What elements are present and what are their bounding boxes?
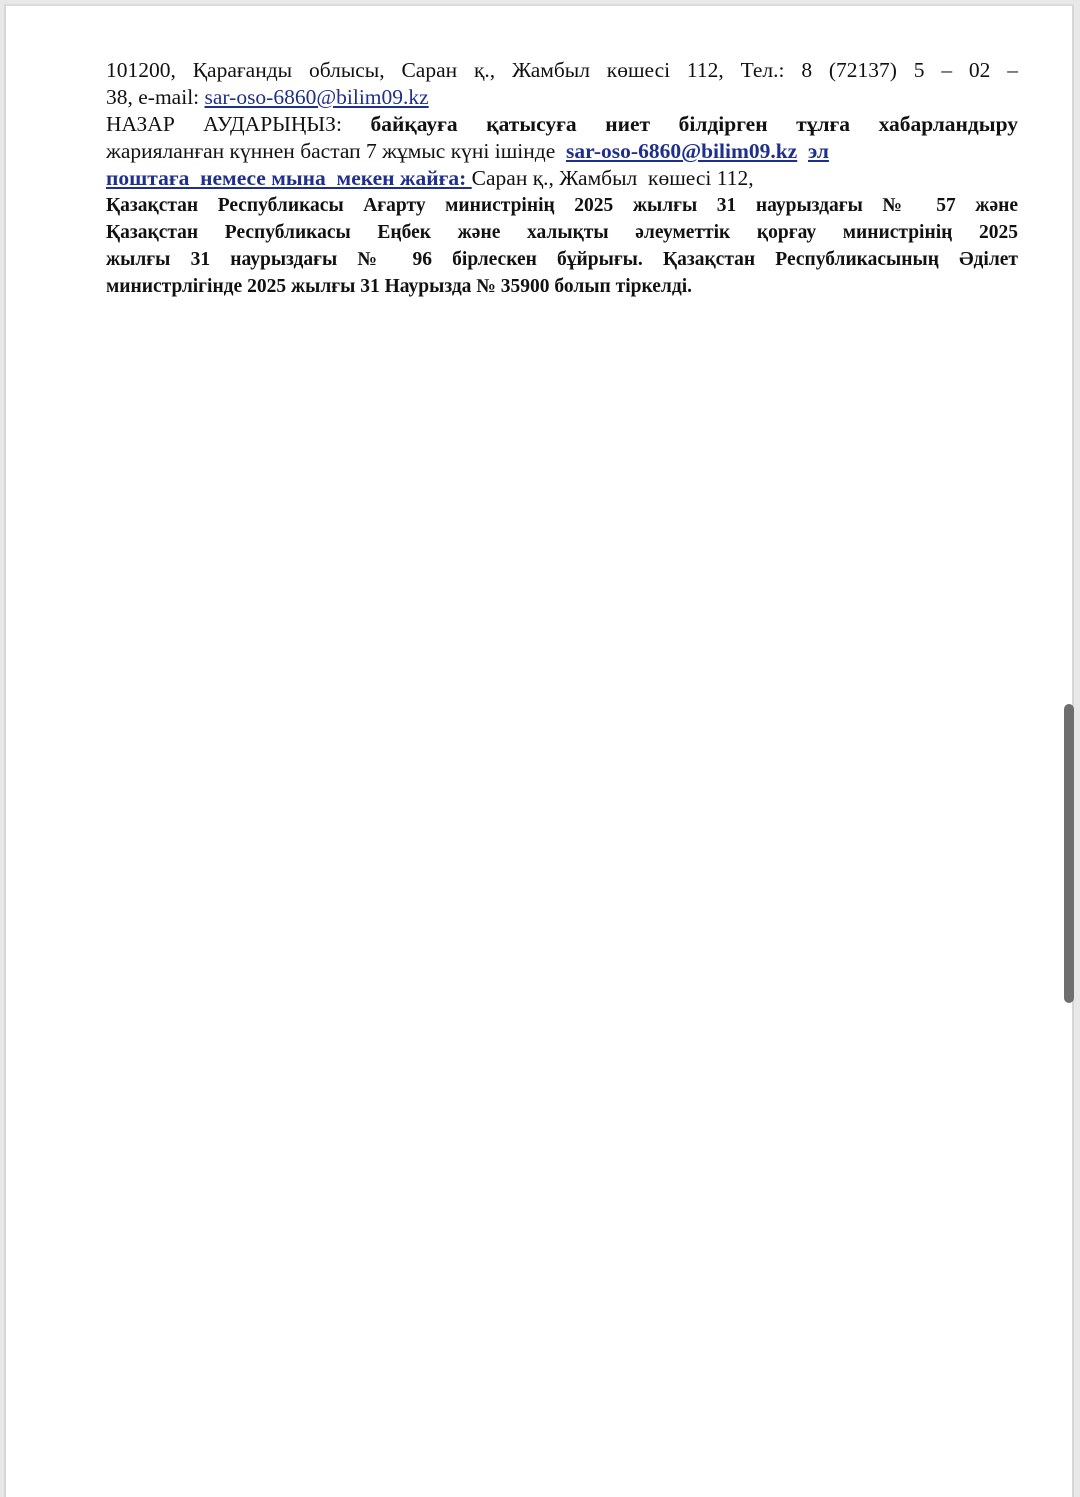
address-text: 101200, Қарағанды облысы, Саран қ., Жамб…: [106, 58, 1018, 82]
notice-link-tail-2[interactable]: поштаға немесе мына мекен жайға:: [106, 166, 472, 190]
email-prefix: 38, e-mail:: [106, 85, 205, 109]
legal-line: Қазақстан Республикасы Ағарту министріні…: [106, 192, 1018, 219]
vertical-scrollbar[interactable]: [1062, 0, 1076, 1497]
email-line: 38, e-mail: sar-oso-6860@bilim09.kz: [106, 84, 1018, 111]
legal-line: жылғы 31 наурыздағы № 96 бірлескен бұйры…: [106, 246, 1018, 273]
legal-line: Қазақстан Республикасы Еңбек және халықт…: [106, 219, 1018, 246]
notice-deadline-text: жарияланған күннен бастап 7 жұмыс күні і…: [106, 139, 566, 163]
email-link[interactable]: sar-oso-6860@bilim09.kz: [205, 85, 429, 109]
notice-line-1: НАЗАР АУДАРЫҢЫЗ: байқауға қатысуға ниет …: [106, 111, 1018, 138]
notice-label: НАЗАР АУДАРЫҢЫЗ:: [106, 112, 370, 136]
notice-address: Саран қ., Жамбыл көшесі 112,: [472, 166, 754, 190]
document-viewer: 101200, Қарағанды облысы, Саран қ., Жамб…: [0, 0, 1080, 1497]
notice-link-tail-1[interactable]: эл: [808, 139, 829, 163]
legal-reference: Қазақстан Республикасы Ағарту министріні…: [106, 192, 1018, 300]
notice-email-link[interactable]: sar-oso-6860@bilim09.kz: [566, 139, 797, 163]
notice-line-2: жарияланған күннен бастап 7 жұмыс күні і…: [106, 138, 1018, 165]
legal-line: министрлігінде 2025 жылғы 31 Наурызда № …: [106, 273, 1018, 300]
scrollbar-thumb[interactable]: [1064, 704, 1074, 1003]
address-line: 101200, Қарағанды облысы, Саран қ., Жамб…: [106, 57, 1018, 84]
notice-line-3: поштаға немесе мына мекен жайға: Саран қ…: [106, 165, 1018, 192]
document-content: 101200, Қарағанды облысы, Саран қ., Жамб…: [106, 57, 1018, 300]
notice-bold-text: байқауға қатысуға ниет білдірген тұлға х…: [370, 112, 1018, 136]
